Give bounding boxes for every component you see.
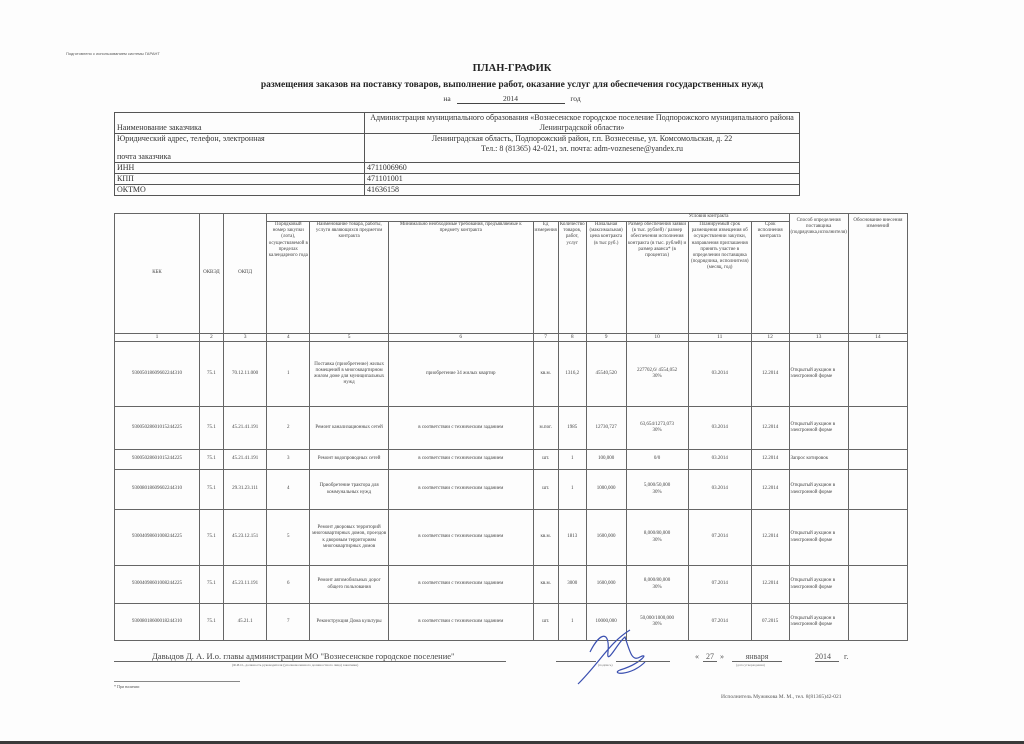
kbk-cell: 93008018609602244310 (115, 470, 200, 510)
advance-percent: 30% (628, 374, 687, 380)
okved-cell: 75.1 (199, 450, 223, 470)
col-qty: Количество товаров, работ, услуг (558, 222, 586, 334)
item-name-cell: Реконструкция Дома культуры (310, 604, 389, 641)
requirements-cell: в соответствии с техническим заданием (389, 407, 534, 450)
okved-cell: 75.1 (199, 604, 223, 641)
changes-cell (848, 470, 907, 510)
kbk-cell: 93004098601008244225 (115, 510, 200, 566)
col-name: Наименование товара, работы, услуги явля… (310, 222, 389, 334)
item-name-cell: Приобретение трактора для коммунальных н… (310, 470, 389, 510)
lot-number-cell: 6 (267, 566, 310, 604)
plan-year-line: на 2014 год (0, 94, 1024, 104)
address-line2: Тел.: 8 (81365) 42-021, эл. почта: adm-v… (367, 144, 797, 154)
inn-row: ИНН 4711006960 (115, 163, 800, 174)
kpp-row: КПП 471101001 (115, 174, 800, 185)
approval-day: 27 (703, 652, 717, 662)
customer-address-label: Юридический адрес, телефон, электронная … (115, 134, 365, 163)
column-number: 4 (267, 334, 310, 342)
col-requirements: Минимально необходимые требования, предъ… (389, 222, 534, 334)
footnote: * При наличии (114, 684, 139, 689)
changes-cell (848, 407, 907, 450)
document-title: ПЛАН-ГРАФИК (0, 63, 1024, 74)
inn-value: 4711006960 (365, 163, 800, 174)
unit-cell: шт. (533, 450, 558, 470)
table-row: 9300801860960224431075.129.31.23.1114При… (115, 470, 908, 510)
quantity-cell: 1813 (558, 510, 586, 566)
okpd-cell: 45.23.11.191 (223, 566, 267, 604)
okpd-cell: 29.31.23.111 (223, 470, 267, 510)
item-name-cell: Ремонт канализационных сетей (310, 407, 389, 450)
unit-cell: кв.м. (533, 342, 558, 407)
exec-date-cell: 12.2014 (751, 566, 789, 604)
okpd-cell: 45.21.41.191 (223, 450, 267, 470)
security-cell: 0/0 (626, 450, 688, 470)
method-cell: Открытый аукцион в электронной форме (789, 470, 848, 510)
oktmo-row: ОКТМО 41636158 (115, 185, 800, 196)
advance-percent: 30% (628, 428, 687, 434)
notice-date-cell: 07.2014 (688, 604, 751, 641)
column-number: 6 (389, 334, 534, 342)
year-suffix: год (570, 94, 580, 103)
column-number: 1 (115, 334, 200, 342)
customer-name-row: Наименование заказчика Администрация мун… (115, 113, 800, 134)
column-number: 11 (688, 334, 751, 342)
date-suffix: г. (844, 652, 848, 661)
column-number: 5 (310, 334, 389, 342)
method-cell: Открытый аукцион в электронной форме (789, 604, 848, 641)
approval-year: 2014 (815, 652, 839, 662)
header-row-group: КБК ОКВЭД ОКПД Условия контракта Способ … (115, 214, 908, 222)
col-security: Размер обеспечения заявки (в тыс. рублей… (626, 222, 688, 334)
kbk-cell: 93005028601015244225 (115, 450, 200, 470)
item-name-cell: Поставка (приобретение) жилых помещений … (310, 342, 389, 407)
oktmo-label: ОКТМО (115, 185, 365, 196)
price-cell: 45540,520 (586, 342, 626, 407)
okved-cell: 75.1 (199, 342, 223, 407)
notice-date-cell: 03.2014 (688, 470, 751, 510)
customer-address-row: Юридический адрес, телефон, электронная … (115, 134, 800, 163)
signatory-name: Давыдов Д. А. И.о. главы администрации М… (152, 651, 455, 661)
exec-date-cell: 12.2014 (751, 342, 789, 407)
exec-date-cell: 12.2014 (751, 510, 789, 566)
changes-cell (848, 342, 907, 407)
year-prefix: на (443, 94, 450, 103)
table-row: 9300409860100824422575.145.23.12.1515Рем… (115, 510, 908, 566)
date-caption: (дата утверждения) (736, 663, 765, 667)
exec-date-cell: 12.2014 (751, 450, 789, 470)
column-number: 13 (789, 334, 848, 342)
customer-name-line1: Администрация муниципального образования… (367, 113, 797, 123)
method-cell: Открытый аукцион в электронной форме (789, 342, 848, 407)
security-cell: 227702,6/ 4554,05230% (626, 342, 688, 407)
signature-line (616, 661, 670, 662)
okpd-cell: 45.21.1 (223, 604, 267, 641)
okved-cell: 75.1 (199, 407, 223, 450)
requirements-cell: в соответствии с техническим заданием (389, 604, 534, 641)
notice-date-cell: 03.2014 (688, 342, 751, 407)
inn-label: ИНН (115, 163, 365, 174)
requirements-cell: в соответствии с техническим заданием (389, 566, 534, 604)
customer-address-value: Ленинградская область, Подпорожский райо… (365, 134, 800, 163)
price-cell: 100,000 (586, 450, 626, 470)
lot-number-cell: 3 (267, 450, 310, 470)
changes-cell (848, 450, 907, 470)
requirements-cell: приобретение 34 жилых квартир (389, 342, 534, 407)
method-cell: Запрос котировок (789, 450, 848, 470)
method-cell: Открытый аукцион в электронной форме (789, 566, 848, 604)
okpd-cell: 45.23.12.151 (223, 510, 267, 566)
signatory-line (114, 661, 506, 662)
column-number: 8 (558, 334, 586, 342)
signature-caption: (подпись) (598, 663, 613, 667)
advance-percent: 30% (628, 538, 687, 544)
quantity-cell: 1985 (558, 407, 586, 450)
col-method: Способ определения поставщика (подрядчик… (789, 214, 848, 334)
changes-cell (848, 604, 907, 641)
okved-cell: 75.1 (199, 566, 223, 604)
procurement-plan-table: КБК ОКВЭД ОКПД Условия контракта Способ … (114, 213, 908, 641)
col-price: Начальная (максимальная) цена контракта … (586, 222, 626, 334)
changes-cell (848, 566, 907, 604)
kbk-cell: 93004098601008244225 (115, 566, 200, 604)
column-number: 10 (626, 334, 688, 342)
notice-date-cell: 07.2014 (688, 566, 751, 604)
okpd-cell: 45.21.41.191 (223, 407, 267, 450)
kpp-value: 471101001 (365, 174, 800, 185)
garant-note: Подготовлено с использованием системы ГА… (66, 51, 160, 56)
unit-cell: кв.м. (533, 510, 558, 566)
exec-date-cell: 07.2015 (751, 604, 789, 641)
advance-percent: 30% (628, 585, 687, 591)
column-number: 9 (586, 334, 626, 342)
oktmo-value: 41636158 (365, 185, 800, 196)
quantity-cell: 1 (558, 470, 586, 510)
okpd-cell: 70.12.11.000 (223, 342, 267, 407)
security-amounts: 0/0 (628, 456, 687, 462)
column-number: 7 (533, 334, 558, 342)
column-number: 12 (751, 334, 789, 342)
requirements-cell: в соответствии с техническим заданием (389, 510, 534, 566)
address-line1: Ленинградская область, Подпорожский райо… (367, 134, 797, 144)
executor-info: Исполнитель Мужикова М. М., тел. 8(81365… (721, 694, 842, 700)
lot-number-cell: 5 (267, 510, 310, 566)
notice-date-cell: 07.2014 (688, 510, 751, 566)
quantity-cell: 1316,2 (558, 342, 586, 407)
lot-number-cell: 2 (267, 407, 310, 450)
handwritten-signature-icon (570, 622, 660, 692)
lot-number-cell: 7 (267, 604, 310, 641)
unit-cell: кв.м. (533, 566, 558, 604)
customer-name-label: Наименование заказчика (115, 113, 365, 134)
advance-percent: 30% (628, 490, 687, 496)
col-kbk: КБК (115, 214, 200, 334)
column-number: 14 (848, 334, 907, 342)
price-cell: 1000,000 (586, 470, 626, 510)
approval-month: января (732, 652, 782, 662)
table-row: 9300502860101524422575.145.21.41.1913Рем… (115, 450, 908, 470)
item-name-cell: Ремонт водопроводных сетей (310, 450, 389, 470)
date-open-quote: « (695, 652, 699, 661)
security-cell: 63,654/1273,07330% (626, 407, 688, 450)
requirements-cell: в соответствии с техническим заданием (389, 470, 534, 510)
exec-date-cell: 12.2014 (751, 407, 789, 450)
notice-date-cell: 03.2014 (688, 407, 751, 450)
method-cell: Открытый аукцион в электронной форме (789, 407, 848, 450)
customer-name-line2: Ленинградской области» (367, 123, 797, 133)
quantity-cell: 1 (558, 450, 586, 470)
okved-cell: 75.1 (199, 510, 223, 566)
column-number: 2 (199, 334, 223, 342)
group-contract-terms: Условия контракта (267, 214, 789, 222)
col-unit: Ед измерения (533, 222, 558, 334)
date-close-quote: » (720, 652, 724, 661)
kbk-cell: 93008018600018244310 (115, 604, 200, 641)
okved-cell: 75.1 (199, 470, 223, 510)
price-cell: 1600,000 (586, 510, 626, 566)
table-row: 9300501860960224431075.170.12.11.0001Пос… (115, 342, 908, 407)
col-okved: ОКВЭД (199, 214, 223, 334)
notice-date-cell: 03.2014 (688, 450, 751, 470)
col-lot-no: Порядковый номер закупки (лота), осущест… (267, 222, 310, 334)
table-row: 9300502860101524422575.145.21.41.1912Рем… (115, 407, 908, 450)
signatory-caption: (Ф.И.О., должность руководителя (уполном… (232, 663, 358, 667)
unit-cell: м.пог. (533, 407, 558, 450)
unit-cell: шт. (533, 604, 558, 641)
security-cell: 8,000/80,00030% (626, 566, 688, 604)
lot-number-cell: 4 (267, 470, 310, 510)
customer-name-value: Администрация муниципального образования… (365, 113, 800, 134)
col-okpd: ОКПД (223, 214, 267, 334)
table-row: 9300801860001824431075.145.21.17Реконстр… (115, 604, 908, 641)
column-number-row: 1 2 3 4 5 6 7 8 9 10 11 12 13 14 (115, 334, 908, 342)
price-cell: 12730,727 (586, 407, 626, 450)
kbk-cell: 93005018609602244310 (115, 342, 200, 407)
col-changes: Обоснование внесения изменений (848, 214, 907, 334)
document-subtitle: размещения заказов на поставку товаров, … (0, 80, 1024, 90)
plan-year: 2014 (457, 94, 565, 104)
requirements-cell: в соответствии с техническим заданием (389, 450, 534, 470)
kbk-cell: 93005028601015244225 (115, 407, 200, 450)
signature-line-left (556, 661, 596, 662)
changes-cell (848, 510, 907, 566)
exec-date-cell: 12.2014 (751, 470, 789, 510)
item-name-cell: Ремонт автомобильных дорог общего пользо… (310, 566, 389, 604)
col-notice-date: Планируемый срок размещения извещения об… (688, 222, 751, 334)
unit-cell: шт. (533, 470, 558, 510)
customer-info-table: Наименование заказчика Администрация мун… (114, 112, 800, 196)
address-label-line2: почта заказчика (117, 152, 362, 162)
security-cell: 8,000/80,00030% (626, 510, 688, 566)
kpp-label: КПП (115, 174, 365, 185)
method-cell: Открытый аукцион в электронной форме (789, 510, 848, 566)
address-label-line1: Юридический адрес, телефон, электронная (117, 134, 362, 144)
security-cell: 5,000/50,00030% (626, 470, 688, 510)
footnote-divider (114, 681, 240, 682)
price-cell: 1600,000 (586, 566, 626, 604)
column-number: 3 (223, 334, 267, 342)
table-row: 9300409860100824422575.145.23.11.1916Рем… (115, 566, 908, 604)
col-exec-date: Срок исполнения контракта (751, 222, 789, 334)
item-name-cell: Ремонт дворовых территорий многоквартирн… (310, 510, 389, 566)
lot-number-cell: 1 (267, 342, 310, 407)
quantity-cell: 3000 (558, 566, 586, 604)
